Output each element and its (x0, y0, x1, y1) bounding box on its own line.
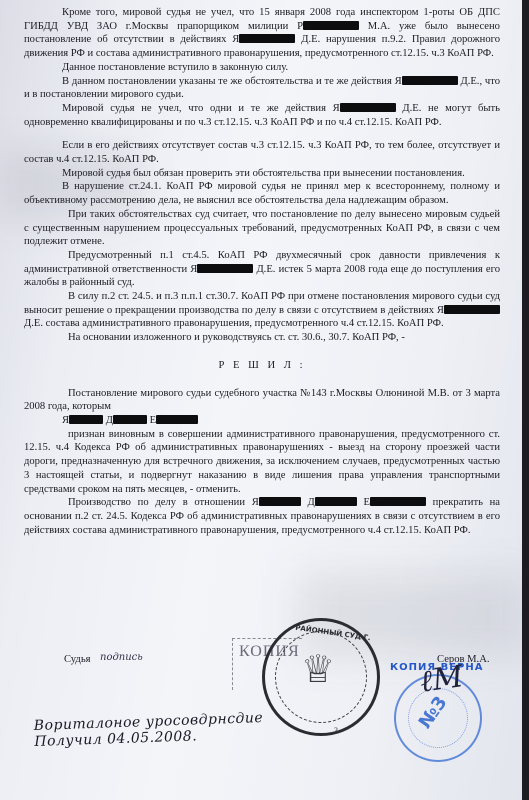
redaction-bar (113, 415, 147, 424)
redaction-bar (370, 497, 426, 506)
paragraph-10: В силу п.2 ст. 24.5. и п.3 п.п.1 ст.30.7… (24, 290, 500, 331)
scan-edge (522, 0, 529, 800)
court-seal-text: РАЙОННЫЙ СУД Г. (295, 624, 371, 642)
paragraph-6: Мировой судья был обязан проверить эти о… (24, 167, 500, 181)
redaction-bar (303, 21, 359, 30)
paragraph-2: Данное постановление вступило в законную… (24, 61, 500, 75)
page-number: 3 (334, 726, 338, 735)
redaction-bar (156, 415, 198, 424)
decision-paragraph-2: признан виновным в совершении администра… (24, 428, 500, 497)
paragraph-5: Если в его действиях отсутствует состав … (24, 139, 500, 166)
paragraph-9: Предусмотренный п.1 ст.4.5. КоАП РФ двух… (24, 249, 500, 290)
paragraph-7: В нарушение ст.24.1. КоАП РФ мировой суд… (24, 180, 500, 207)
handwritten-signature-icon: ℓM (418, 659, 466, 700)
document-body: Кроме того, мировой судья не учел, что 1… (24, 6, 500, 537)
redaction-bar (340, 103, 396, 112)
redaction-bar (315, 497, 357, 506)
redaction-bar (239, 34, 295, 43)
verdict-heading: Р Е Ш И Л : (24, 359, 500, 373)
redaction-bar (444, 305, 500, 314)
redaction-bar (197, 264, 253, 273)
paragraph-1: Кроме того, мировой судья не учел, что 1… (24, 6, 500, 61)
handwritten-note: Вориталоное уросовдрнсдие Получил 04.05.… (34, 710, 265, 750)
paragraph-8: При таких обстоятельствах суд считает, ч… (24, 208, 500, 249)
decision-paragraph-1: Постановление мирового судьи судебного у… (24, 387, 500, 414)
decision-paragraph-3: Производство по делу в отношении Я Д Е п… (24, 496, 500, 537)
scanned-document-page: Кроме того, мировой судья не учел, что 1… (0, 0, 522, 800)
judge-label: Судья (64, 654, 91, 665)
redaction-bar (259, 497, 301, 506)
defendant-name-redacted: Я Д Е (24, 414, 500, 428)
paragraph-11: На основании изложенного и руководствуяс… (24, 331, 500, 345)
court-seal: РАЙОННЫЙ СУД Г. ♕ (262, 618, 380, 736)
redaction-bar (69, 415, 103, 424)
redaction-bar (402, 76, 458, 85)
paragraph-3: В данном постановлении указаны те же обс… (24, 75, 500, 102)
judge-signature-note: подпись (100, 652, 143, 663)
paragraph-4: Мировой судья не учел, что одни и те же … (24, 102, 500, 129)
